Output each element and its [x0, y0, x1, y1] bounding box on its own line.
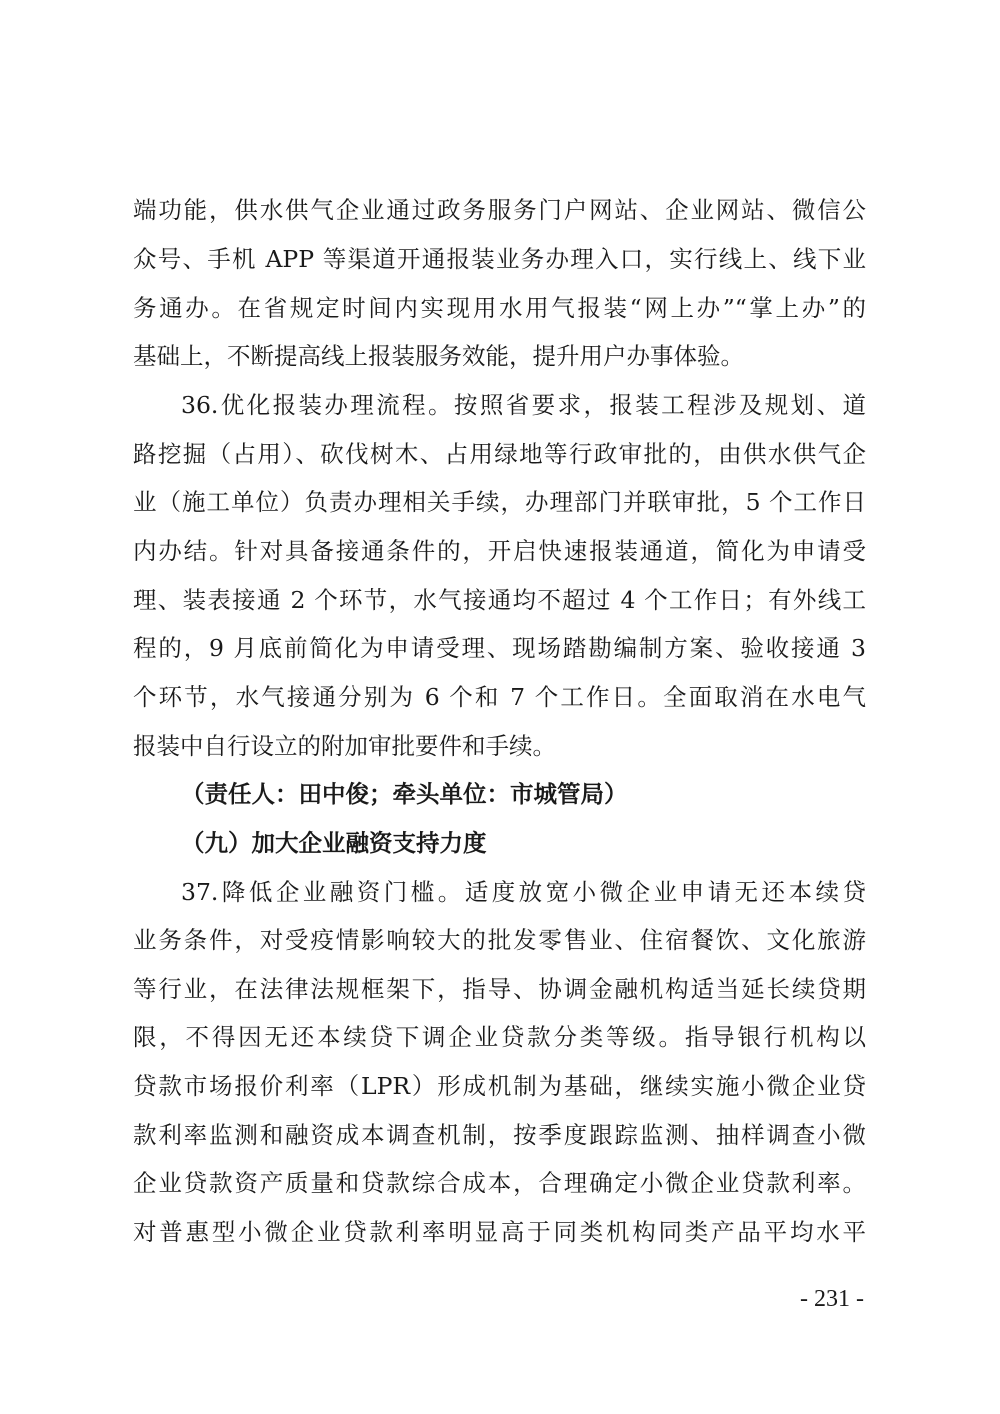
paragraph-line: 程的，9 月底前简化为申请受理、现场踏勘编制方案、验收接通 3: [133, 633, 866, 663]
paragraph-line: 贷款市场报价利率（LPR）形成机制为基础，继续实施小微企业贷: [133, 1071, 866, 1101]
paragraph-line: 基础上，不断提高线上报装服务效能，提升用户办事体验。: [133, 341, 866, 371]
paragraph-line: 等行业，在法律法规框架下，指导、协调金融机构适当延长续贷期: [133, 974, 866, 1004]
paragraph-line: 对普惠型小微企业贷款利率明显高于同类机构同类产品平均水平: [133, 1217, 866, 1247]
paragraph-line: 业务条件，对受疫情影响较大的批发零售业、住宿餐饮、文化旅游: [133, 925, 866, 955]
paragraph-line: 报装中自行设立的附加审批要件和手续。: [133, 731, 866, 761]
paragraph-line: 理、装表接通 2 个环节，水气接通均不超过 4 个工作日；有外线工: [133, 585, 866, 615]
paragraph-line: 内办结。针对具备接通条件的，开启快速报装通道，简化为申请受: [133, 536, 866, 566]
responsibility-note: （责任人：田中俊；牵头单位：市城管局）: [181, 779, 866, 809]
paragraph-line: 个环节，水气接通分别为 6 个和 7 个工作日。全面取消在水电气: [133, 682, 866, 712]
section-heading: （九）加大企业融资支持力度: [181, 828, 866, 858]
document-page: 端功能，供水供气企业通过政务服务门户网站、企业网站、微信公 众号、手机 APP …: [0, 0, 1000, 1414]
paragraph-line: 务通办。在省规定时间内实现用水用气报装“网上办”“掌上办”的: [133, 293, 866, 323]
paragraph-line: 款利率监测和融资成本调查机制，按季度跟踪监测、抽样调查小微: [133, 1120, 866, 1150]
item-37-title-line: 37.降低企业融资门槛。适度放宽小微企业申请无还本续贷: [181, 877, 866, 907]
page-number: - 231 -: [800, 1285, 864, 1313]
paragraph-line: 路挖掘（占用）、砍伐树木、占用绿地等行政审批的，由供水供气企: [133, 439, 866, 469]
paragraph-line: 业（施工单位）负责办理相关手续，办理部门并联审批，5 个工作日: [133, 487, 866, 517]
item-36-title-line: 36.优化报装办理流程。按照省要求，报装工程涉及规划、道: [181, 390, 866, 420]
paragraph-line: 限，不得因无还本续贷下调企业贷款分类等级。指导银行机构以: [133, 1022, 866, 1052]
paragraph-line: 企业贷款资产质量和贷款综合成本，合理确定小微企业贷款利率。: [133, 1168, 866, 1198]
paragraph-line: 端功能，供水供气企业通过政务服务门户网站、企业网站、微信公: [133, 195, 866, 225]
paragraph-line: 众号、手机 APP 等渠道开通报装业务办理入口，实行线上、线下业: [133, 244, 866, 274]
